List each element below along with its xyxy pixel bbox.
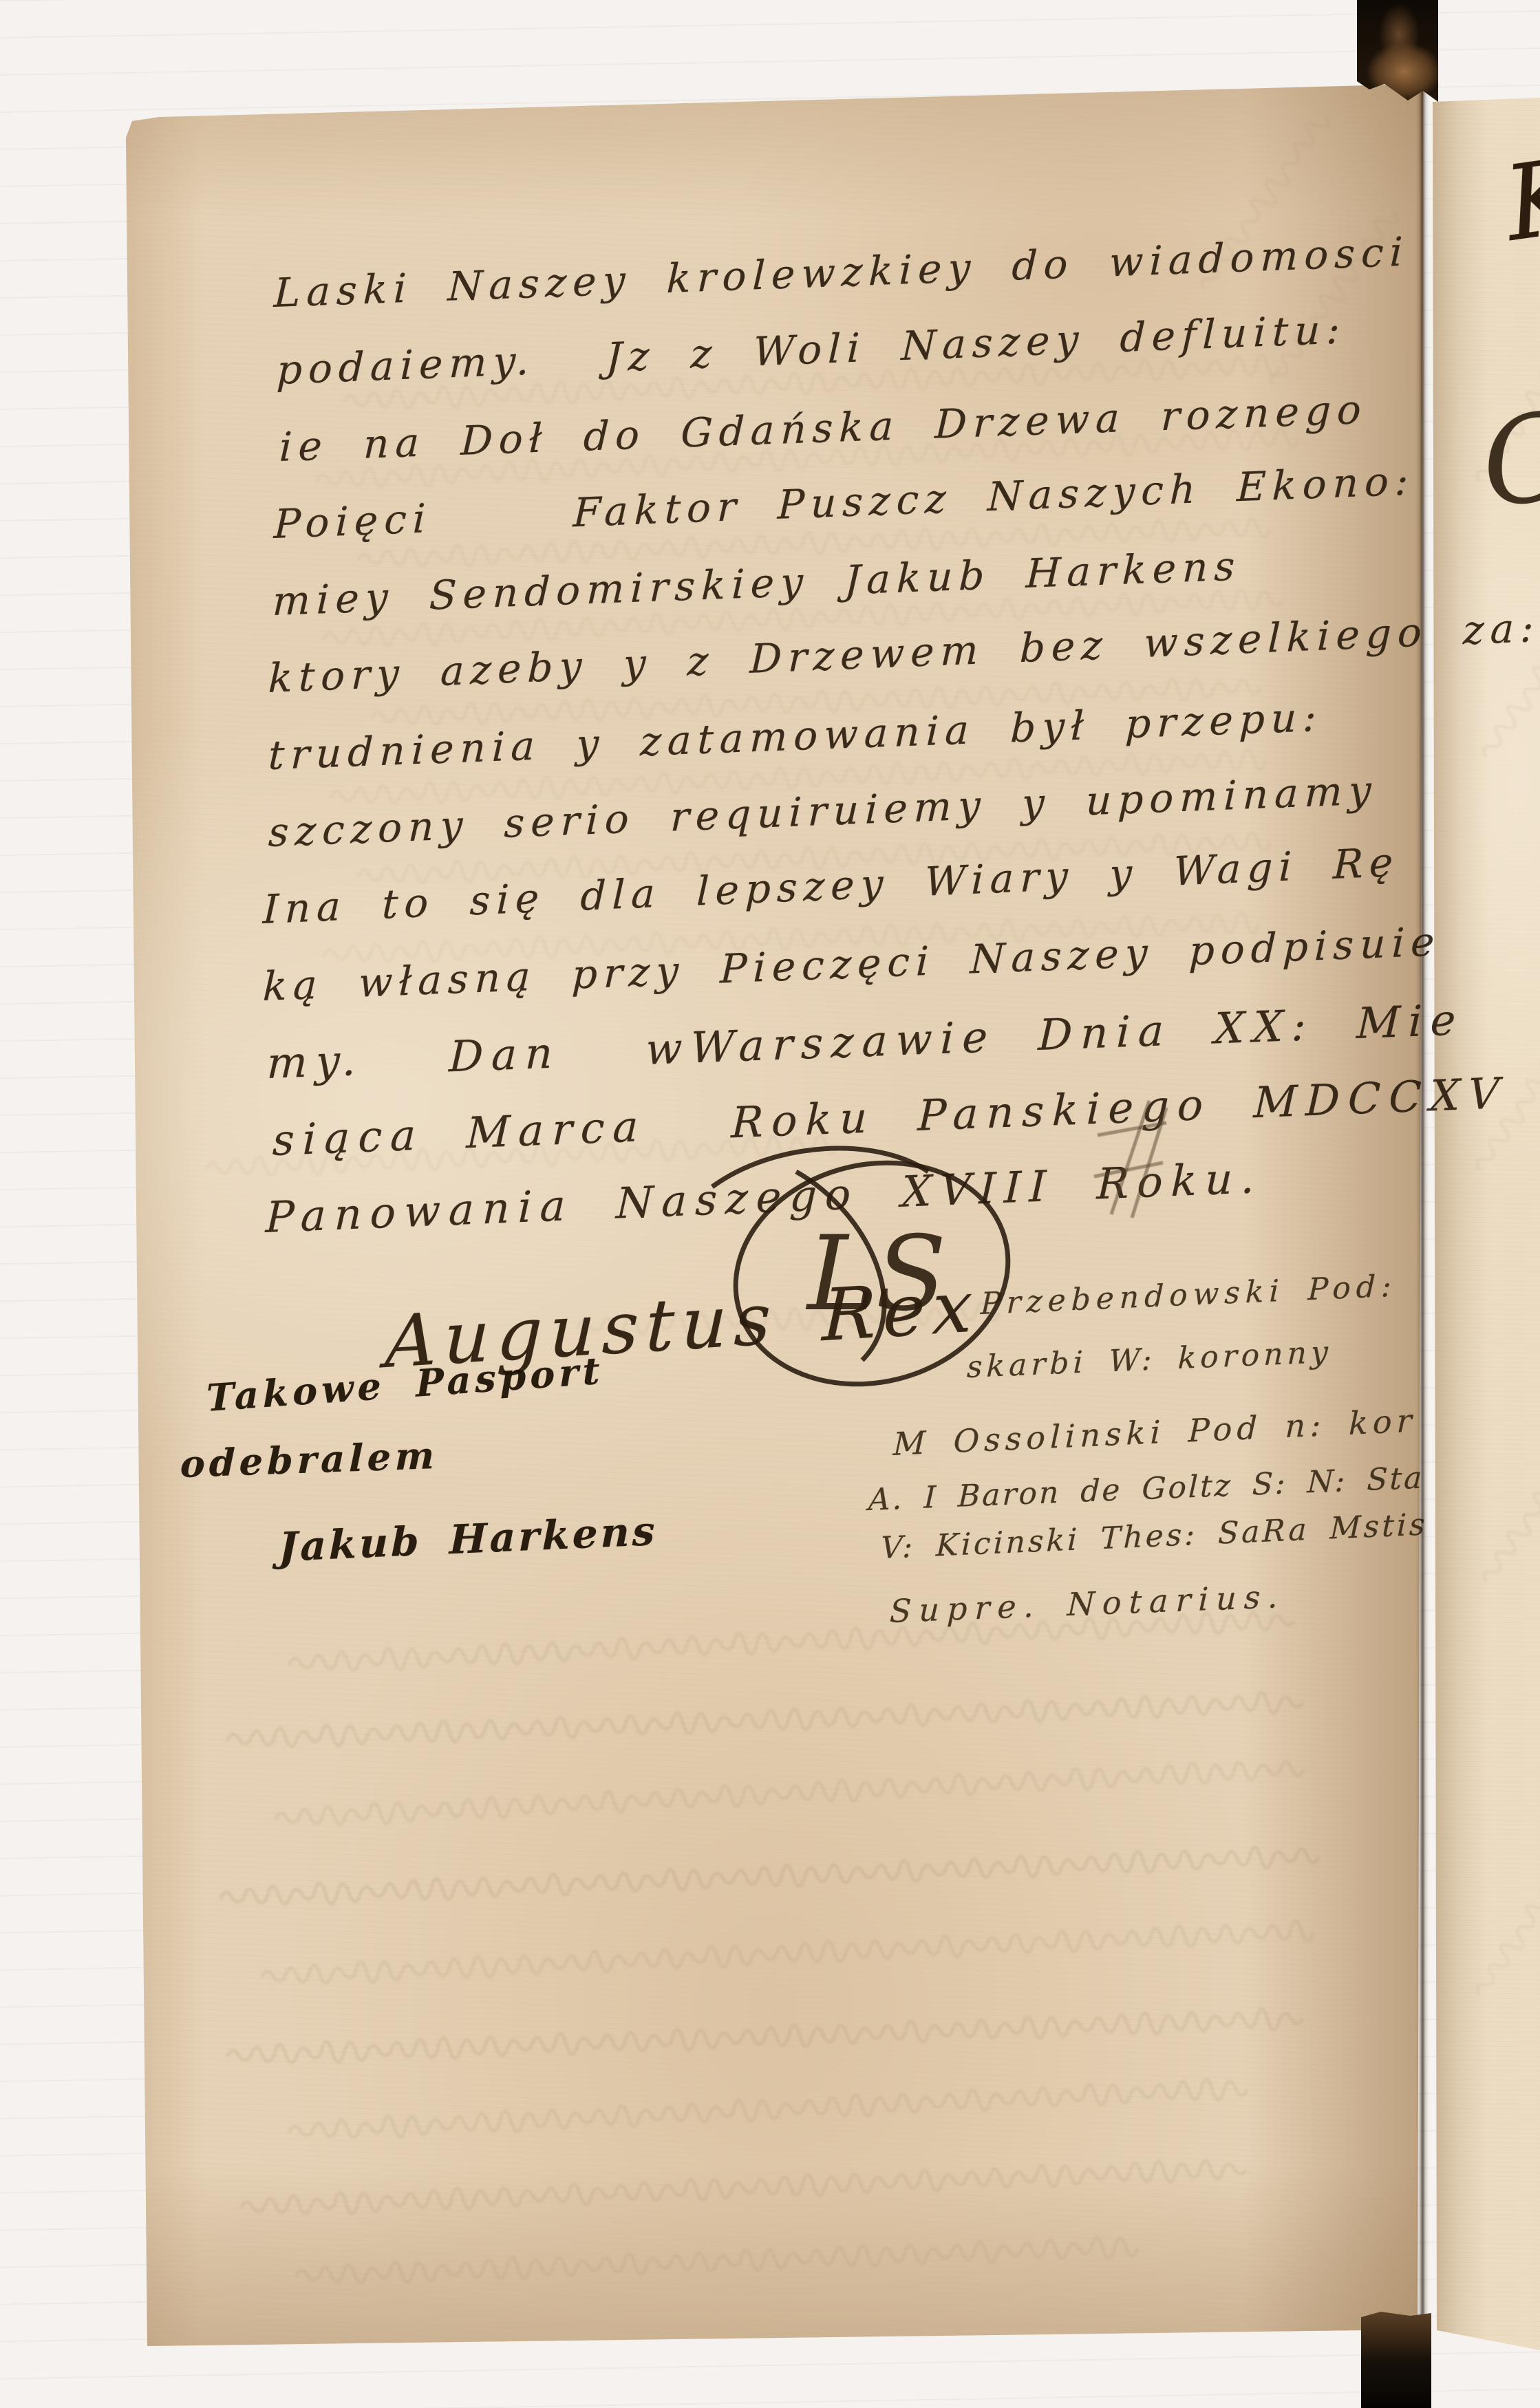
seal-monogram: LS (805, 1214, 946, 1334)
binding-strip-bottom (1361, 2312, 1431, 2408)
facing-page-edge: K C (1426, 95, 1540, 2353)
scanned-document: K C Laski Naszey krolewzkiey do wiadomos… (0, 0, 1540, 2408)
receipt-note-line: odebralem (180, 1433, 438, 1486)
pen-doodle (1091, 1087, 1173, 1225)
book-gutter-crease (1416, 87, 1429, 2335)
flourish-tail (712, 1148, 928, 1187)
